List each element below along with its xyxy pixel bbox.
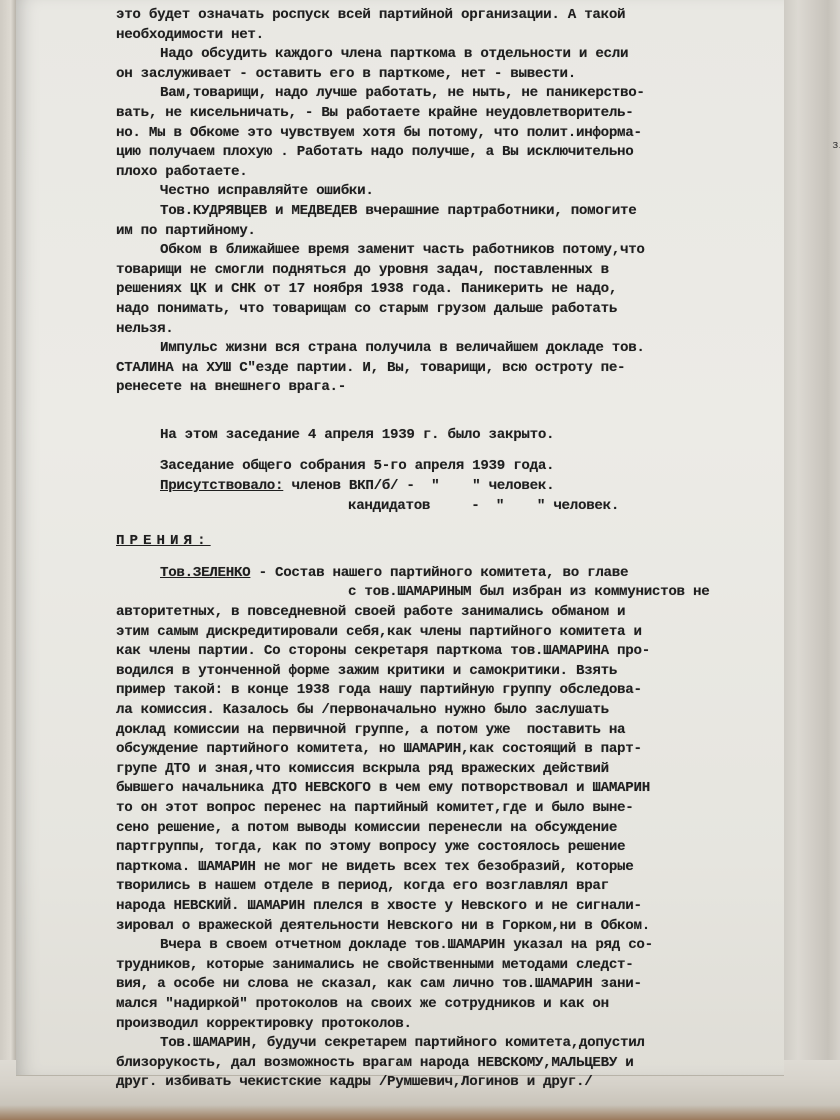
text-line: мался "надиркой" протоколов на своих же … <box>116 995 796 1015</box>
text-line: товарищи не смогли подняться до уровня з… <box>116 261 796 281</box>
text-line: но. Мы в Обкоме это чувствуем хотя бы по… <box>116 124 796 144</box>
text-line: с тов.ШАМАРИНЫМ был избран из коммунисто… <box>116 583 796 603</box>
text-line: Тов.КУДРЯВЦЕВ и МЕДВЕДЕВ вчерашние партр… <box>116 202 796 222</box>
text-line: народа НЕВСКИЙ. ШАМАРИН плелся в хвосте … <box>116 897 796 917</box>
text-line: производил корректировку протоколов. <box>116 1015 796 1035</box>
text-line: зировал о вражеской деятельности Невског… <box>116 917 796 937</box>
attendance-candidates: кандидатов - " " человек. <box>116 497 796 517</box>
text-line: трудников, которые занимались не свойств… <box>116 956 796 976</box>
text-line: обсуждение партийного комитета, но ШАМАР… <box>116 740 796 760</box>
text-line: бывшего начальника ДТО НЕВСКОГО в чем ем… <box>116 779 796 799</box>
text-line: сено решение, а потом выводы комиссии пе… <box>116 819 796 839</box>
speaker-line: Тов.ЗЕЛЕНКО - Состав нашего партийного к… <box>116 564 796 584</box>
text-line: то он этот вопрос перенес на партийный к… <box>116 799 796 819</box>
text-line: плохо работаете. <box>116 163 796 183</box>
text-line: как члены партии. Со стороны секретаря п… <box>116 642 796 662</box>
text-line: Надо обсудить каждого члена парткома в о… <box>116 45 796 65</box>
text-line: Честно исправляйте ошибки. <box>116 182 796 202</box>
text-line: Обком в ближайшее время заменит часть ра… <box>116 241 796 261</box>
speaker-name: Тов.ЗЕЛЕНКО <box>160 565 250 581</box>
text-line: ренесете на внешнего врага.- <box>116 378 796 398</box>
attendance-members-value: членов ВКП/б/ - " " человек. <box>291 478 554 494</box>
text-line: СТАЛИНА на ХУШ С"езде партии. И, Вы, тов… <box>116 359 796 379</box>
text-line: решениях ЦК и СНК от 17 ноября 1938 года… <box>116 280 796 300</box>
text-line: Импульс жизни вся страна получила в вели… <box>116 339 796 359</box>
text-line: пример такой: в конце 1938 года нашу пар… <box>116 681 796 701</box>
text-line: им по партийному. <box>116 222 796 242</box>
attendance-label: Присутствовало: <box>160 478 283 494</box>
text-line: авторитетных, в повседневной своей работ… <box>116 603 796 623</box>
text-line: Тов.ШАМАРИН, будучи секретарем партийног… <box>116 1034 796 1054</box>
text-line: ла комиссия. Казалось бы /первоначально … <box>116 701 796 721</box>
text-line: цию получаем плохую . Работать надо полу… <box>116 143 796 163</box>
closing-line: На этом заседание 4 апреля 1939 г. было … <box>116 426 796 446</box>
page-text: это будет означать роспуск всей партийно… <box>116 6 796 1093</box>
typewritten-page: это будет означать роспуск всей партийно… <box>16 0 784 1076</box>
text-line: вать, не кисельничать, - Вы работаете кр… <box>116 104 796 124</box>
text-line: парткома. ШАМАРИН не мог не видеть всех … <box>116 858 796 878</box>
text-line: Вчера в своем отчетном докладе тов.ШАМАР… <box>116 936 796 956</box>
meeting-line: Заседание общего собрания 5-го апреля 19… <box>116 457 796 477</box>
margin-note: зі <box>832 140 840 152</box>
text-line: друг. избивать чекистские кадры /Румшеви… <box>116 1073 796 1093</box>
text-line: это будет означать роспуск всей партийно… <box>116 6 796 26</box>
text-line: нельзя. <box>116 320 796 340</box>
text-line: творились в нашем отделе в период, когда… <box>116 877 796 897</box>
text-line: Вам,товарищи, надо лучше работать, не ны… <box>116 84 796 104</box>
text-line: групе ДТО и зная,что комиссия вскрыла ря… <box>116 760 796 780</box>
text-line: этим самым дискредитировали себя,как чле… <box>116 623 796 643</box>
text-line: доклад комиссии на первичной группе, а п… <box>116 721 796 741</box>
text-line: близорукость, дал возможность врагам нар… <box>116 1054 796 1074</box>
text-line: он заслуживает - оставить его в парткоме… <box>116 65 796 85</box>
debates-heading: ПРЕНИЯ: <box>116 532 796 552</box>
text-line: партгруппы, тогда, как по этому вопросу … <box>116 838 796 858</box>
text-line: необходимости нет. <box>116 26 796 46</box>
speech-start: - Состав нашего партийного комитета, во … <box>250 565 628 581</box>
attendance-members: Присутствовало: членов ВКП/б/ - " " чело… <box>116 477 796 497</box>
text-line: вия, а особе ни слова не сказал, как сам… <box>116 975 796 995</box>
text-line: надо понимать, что товарищам со старым г… <box>116 300 796 320</box>
text-line: водился в утонченной форме зажим критики… <box>116 662 796 682</box>
